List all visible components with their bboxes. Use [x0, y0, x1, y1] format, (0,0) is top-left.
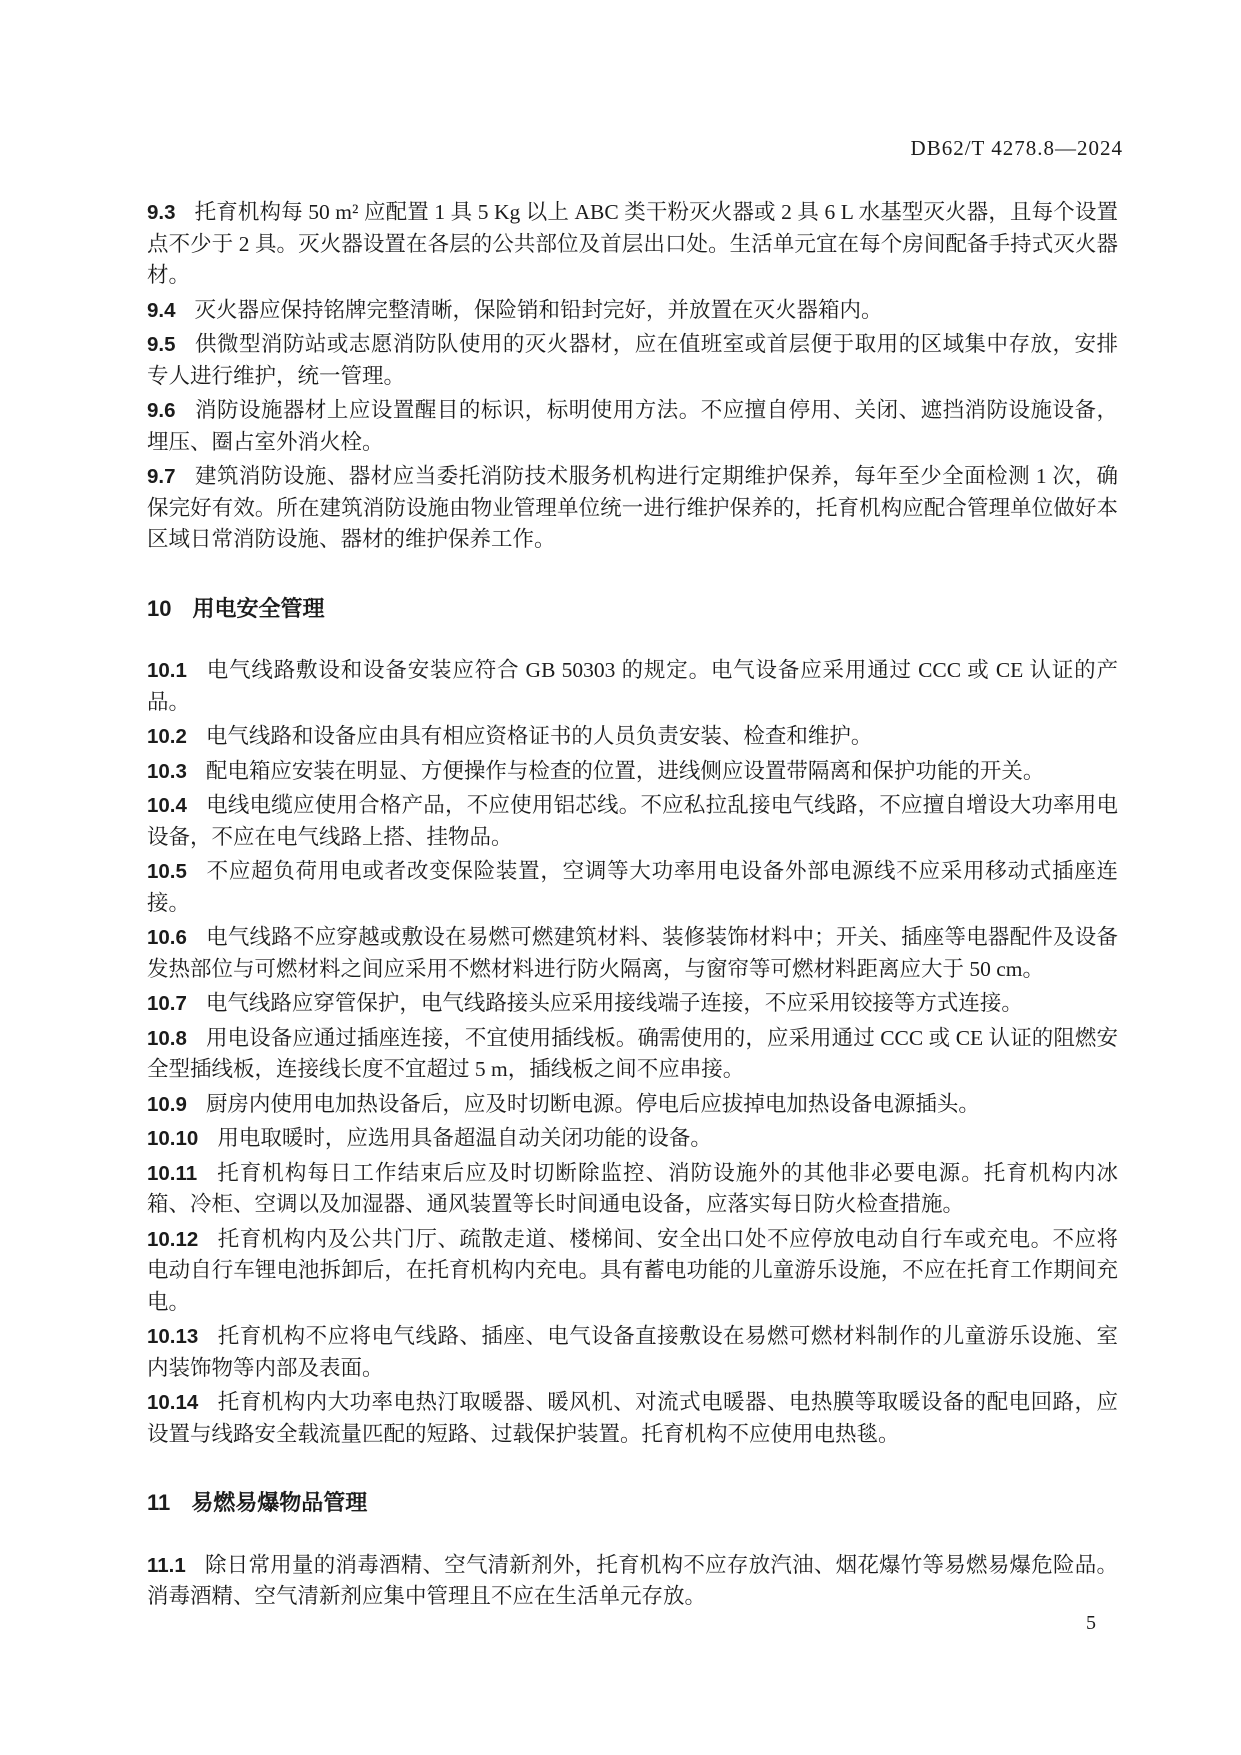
- clause-number: 10.6: [147, 926, 187, 949]
- clause-number: 9.4: [147, 299, 176, 322]
- clause-text: 建筑消防设施、器材应当委托消防技术服务机构进行定期维护保养，每年至少全面检测 1…: [147, 464, 1118, 551]
- clause-10-13: 10.13托育机构不应将电气线路、插座、电气设备直接敷设在易燃可燃材料制作的儿童…: [147, 1321, 1118, 1384]
- clause-10-6: 10.6电气线路不应穿越或敷设在易燃可燃建筑材料、装修装饰材料中；开关、插座等电…: [147, 922, 1118, 985]
- clause-text: 托育机构每日工作结束后应及时切断除监控、消防设施外的其他非必要电源。托育机构内冰…: [147, 1161, 1118, 1217]
- clause-number: 9.6: [147, 399, 176, 422]
- clause-10-2: 10.2电气线路和设备应由具有相应资格证书的人员负责安装、检查和维护。: [147, 721, 1118, 753]
- clause-text: 托育机构内及公共门厅、疏散走道、楼梯间、安全出口处不应停放电动自行车或充电。不应…: [147, 1227, 1118, 1314]
- clause-number: 10.9: [147, 1093, 187, 1116]
- clause-10-5: 10.5不应超负荷用电或者改变保险装置，空调等大功率用电设备外部电源线不应采用移…: [147, 856, 1118, 919]
- clause-text: 电气线路应穿管保护，电气线路接头应采用接线端子连接，不应采用铰接等方式连接。: [206, 991, 1023, 1015]
- clause-text: 电线电缆应使用合格产品，不应使用铝芯线。不应私拉乱接电气线路，不应擅自增设大功率…: [147, 793, 1118, 849]
- clause-number: 9.5: [147, 333, 176, 356]
- clause-text: 电气线路和设备应由具有相应资格证书的人员负责安装、检查和维护。: [206, 724, 873, 748]
- clause-number: 11.1: [147, 1554, 186, 1577]
- clause-number: 10.14: [147, 1391, 198, 1414]
- clause-number: 10.1: [147, 659, 187, 682]
- clause-number: 10.3: [147, 760, 187, 783]
- clause-10-4: 10.4电线电缆应使用合格产品，不应使用铝芯线。不应私拉乱接电气线路，不应擅自增…: [147, 790, 1118, 853]
- clause-number: 9.3: [147, 201, 176, 224]
- clause-number: 10.8: [147, 1027, 187, 1050]
- section-title: 易燃易爆物品管理: [191, 1490, 367, 1515]
- clause-number: 10.2: [147, 725, 187, 748]
- clause-9-5: 9.5供微型消防站或志愿消防队使用的灭火器材，应在值班室或首层便于取用的区域集中…: [147, 329, 1118, 392]
- clause-10-1: 10.1电气线路敷设和设备安装应符合 GB 50303 的规定。电气设备应采用通…: [147, 655, 1118, 718]
- document-page: DB62/T 4278.8—2024 9.3托育机构每 50 m² 应配置 1 …: [0, 0, 1241, 1755]
- clause-text: 除日常用量的消毒酒精、空气清新剂外，托育机构不应存放汽油、烟花爆竹等易燃易爆危险…: [147, 1553, 1118, 1609]
- section-heading-11: 11易燃易爆物品管理: [147, 1487, 1118, 1519]
- clause-11-1: 11.1除日常用量的消毒酒精、空气清新剂外，托育机构不应存放汽油、烟花爆竹等易燃…: [147, 1550, 1118, 1613]
- clause-9-6: 9.6消防设施器材上应设置醒目的标识，标明使用方法。不应擅自停用、关闭、遮挡消防…: [147, 395, 1118, 458]
- clause-text: 供微型消防站或志愿消防队使用的灭火器材，应在值班室或首层便于取用的区域集中存放，…: [147, 332, 1118, 388]
- clause-text: 不应超负荷用电或者改变保险装置，空调等大功率用电设备外部电源线不应采用移动式插座…: [147, 859, 1118, 915]
- clause-number: 10.4: [147, 794, 187, 817]
- page-number: 5: [1086, 1612, 1096, 1635]
- clause-text: 电气线路不应穿越或敷设在易燃可燃建筑材料、装修装饰材料中；开关、插座等电器配件及…: [147, 925, 1118, 981]
- clause-9-3: 9.3托育机构每 50 m² 应配置 1 具 5 Kg 以上 ABC 类干粉灭火…: [147, 197, 1118, 292]
- section-number: 11: [147, 1490, 170, 1515]
- clause-text: 用电取暖时，应选用具备超温自动关闭功能的设备。: [217, 1126, 712, 1150]
- clause-10-11: 10.11托育机构每日工作结束后应及时切断除监控、消防设施外的其他非必要电源。托…: [147, 1158, 1118, 1221]
- section-title: 用电安全管理: [192, 596, 324, 621]
- clause-10-3: 10.3配电箱应安装在明显、方便操作与检查的位置，进线侧应设置带隔离和保护功能的…: [147, 756, 1118, 788]
- clause-text: 用电设备应通过插座连接，不宜使用插线板。确需使用的，应采用通过 CCC 或 CE…: [147, 1026, 1118, 1082]
- document-body: 9.3托育机构每 50 m² 应配置 1 具 5 Kg 以上 ABC 类干粉灭火…: [147, 0, 1118, 1616]
- clause-text: 灭火器应保持铭牌完整清晰，保险销和铅封完好，并放置在灭火器箱内。: [195, 298, 883, 322]
- clause-number: 10.5: [147, 860, 187, 883]
- clause-text: 电气线路敷设和设备安装应符合 GB 50303 的规定。电气设备应采用通过 CC…: [147, 658, 1118, 714]
- section-heading-10: 10用电安全管理: [147, 593, 1118, 625]
- clause-number: 10.12: [147, 1228, 198, 1251]
- clause-10-8: 10.8用电设备应通过插座连接，不宜使用插线板。确需使用的，应采用通过 CCC …: [147, 1023, 1118, 1086]
- clause-text: 厨房内使用电加热设备后，应及时切断电源。停电后应拔掉电加热设备电源插头。: [206, 1092, 980, 1116]
- clause-number: 10.10: [147, 1127, 198, 1150]
- clause-text: 消防设施器材上应设置醒目的标识，标明使用方法。不应擅自停用、关闭、遮挡消防设施设…: [147, 398, 1118, 454]
- section-number: 10: [147, 596, 171, 621]
- clause-10-10: 10.10用电取暖时，应选用具备超温自动关闭功能的设备。: [147, 1123, 1118, 1155]
- clause-text: 配电箱应安装在明显、方便操作与检查的位置，进线侧应设置带隔离和保护功能的开关。: [206, 759, 1045, 783]
- clause-9-7: 9.7建筑消防设施、器材应当委托消防技术服务机构进行定期维护保养，每年至少全面检…: [147, 461, 1118, 556]
- clause-9-4: 9.4灭火器应保持铭牌完整清晰，保险销和铅封完好，并放置在灭火器箱内。: [147, 295, 1118, 327]
- clause-text: 托育机构每 50 m² 应配置 1 具 5 Kg 以上 ABC 类干粉灭火器或 …: [147, 200, 1118, 287]
- clause-10-12: 10.12托育机构内及公共门厅、疏散走道、楼梯间、安全出口处不应停放电动自行车或…: [147, 1224, 1118, 1319]
- clause-10-14: 10.14托育机构内大功率电热汀取暖器、暖风机、对流式电暖器、电热膜等取暖设备的…: [147, 1387, 1118, 1450]
- clause-number: 10.13: [147, 1325, 198, 1348]
- clause-text: 托育机构不应将电气线路、插座、电气设备直接敷设在易燃可燃材料制作的儿童游乐设施、…: [147, 1324, 1118, 1380]
- clause-text: 托育机构内大功率电热汀取暖器、暖风机、对流式电暖器、电热膜等取暖设备的配电回路，…: [147, 1390, 1118, 1446]
- clause-number: 9.7: [147, 465, 176, 488]
- clause-number: 10.11: [147, 1162, 197, 1185]
- clause-10-7: 10.7电气线路应穿管保护，电气线路接头应采用接线端子连接，不应采用铰接等方式连…: [147, 988, 1118, 1020]
- clause-number: 10.7: [147, 992, 187, 1015]
- clause-10-9: 10.9厨房内使用电加热设备后，应及时切断电源。停电后应拔掉电加热设备电源插头。: [147, 1089, 1118, 1121]
